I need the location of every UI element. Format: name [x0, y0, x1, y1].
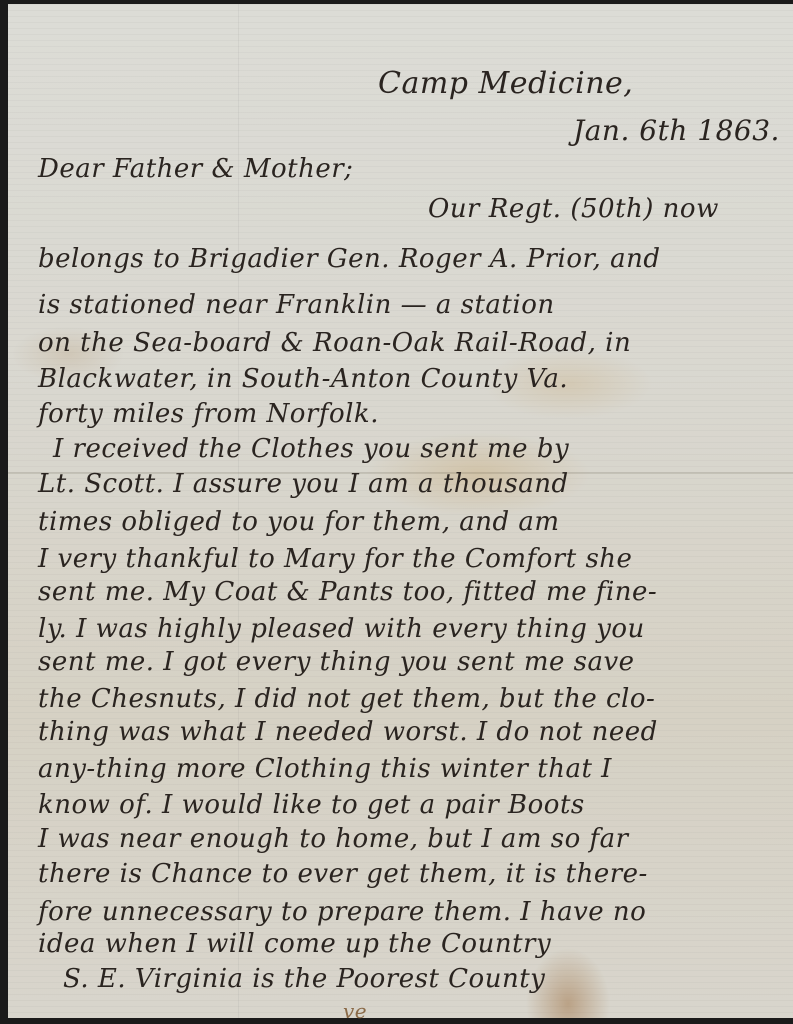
letter-line: know of. I would like to get a pair Boot…	[38, 790, 585, 820]
letter-line: there is Chance to ever get them, it is …	[38, 859, 648, 889]
letter-line: idea when I will come up the Country	[38, 929, 551, 959]
letter-salutation: Dear Father & Mother;	[38, 154, 353, 184]
letter-line: thing was what I needed worst. I do not …	[38, 717, 658, 747]
letter-line: I was near enough to home, but I am so f…	[38, 824, 629, 854]
letter-line: times obliged to you for them, and am	[38, 507, 560, 537]
letter-line: any-thing more Clothing this winter that…	[38, 754, 612, 784]
letter-line: ly. I was highly pleased with every thin…	[38, 614, 645, 644]
letter-footer-mark: ve	[343, 999, 367, 1023]
letter-line: on the Sea-board & Roan-Oak Rail-Road, i…	[38, 328, 631, 358]
letter-line: Blackwater, in South-Anton County Va.	[38, 364, 568, 394]
letter-line: belongs to Brigadier Gen. Roger A. Prior…	[38, 244, 660, 274]
letter-line: Lt. Scott. I assure you I am a thousand	[38, 469, 569, 499]
letter-line: fore unnecessary to prepare them. I have…	[38, 897, 646, 927]
letter-line: is stationed near Franklin — a station	[38, 290, 555, 320]
letter-place: Camp Medicine,	[378, 66, 633, 101]
letter-line: Our Regt. (50th) now	[428, 194, 719, 224]
letter-line: sent me. My Coat & Pants too, fitted me …	[38, 577, 657, 607]
letter-line: I very thankful to Mary for the Comfort …	[38, 544, 632, 574]
letter-line: the Chesnuts, I did not get them, but th…	[38, 684, 655, 714]
letter-line: forty miles from Norfolk.	[38, 399, 379, 429]
letter-line: I received the Clothes you sent me by	[53, 434, 569, 464]
letter-date: Jan. 6th 1863.	[573, 114, 780, 147]
letter-line: S. E. Virginia is the Poorest County	[63, 964, 545, 994]
letter-page: Camp Medicine, Jan. 6th 1863. Dear Fathe…	[8, 4, 793, 1018]
letter-line: sent me. I got every thing you sent me s…	[38, 647, 635, 677]
